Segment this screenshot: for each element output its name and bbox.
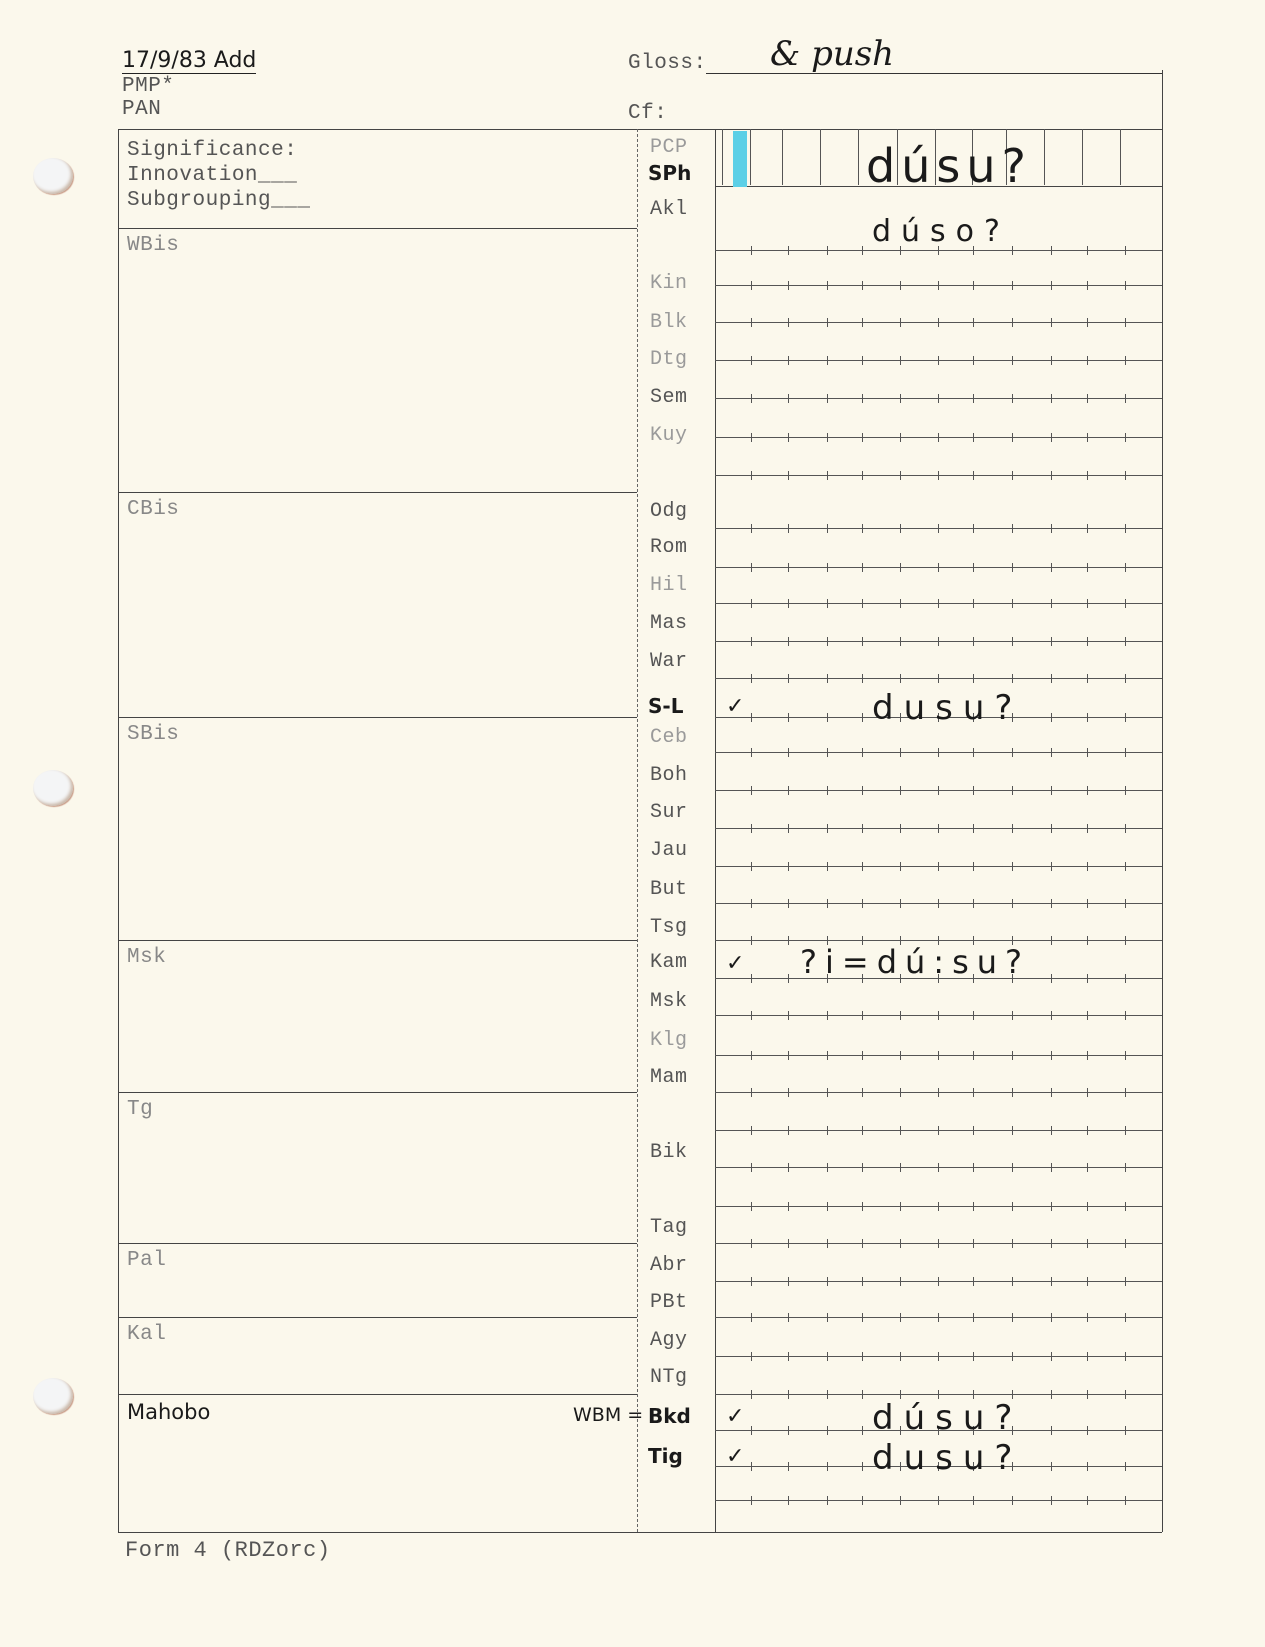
- form-entry-line[interactable]: [715, 641, 1162, 642]
- phoneme-cell[interactable]: [782, 129, 783, 185]
- group-divider: [118, 717, 637, 718]
- language-code-tag: Tag: [650, 1216, 688, 1240]
- group-note: WBM =: [573, 1404, 643, 1426]
- language-code-klg: Klg: [650, 1029, 688, 1053]
- form-entry-line[interactable]: [715, 1394, 1162, 1395]
- form-entry-line[interactable]: [715, 1243, 1162, 1244]
- check-mark: ✓: [726, 951, 744, 976]
- language-code-ceb: Ceb: [650, 726, 688, 750]
- language-code-sem: Sem: [650, 386, 688, 410]
- date-handwritten: 17/9/83 Add: [122, 48, 256, 74]
- language-code-tig: Tig: [648, 1444, 683, 1468]
- form-entry-line[interactable]: [715, 1317, 1162, 1318]
- form-entry-line[interactable]: [715, 360, 1162, 361]
- group-divider: [118, 1092, 637, 1093]
- innovation-field[interactable]: Innovation___: [127, 163, 297, 188]
- language-code-ntg: NTg: [650, 1366, 688, 1390]
- form-entry-line[interactable]: [715, 475, 1162, 476]
- group-name-mahobo: Mahobo: [127, 1400, 210, 1424]
- reflex-form[interactable]: dusu?: [872, 688, 1022, 728]
- language-code-kin: Kin: [650, 272, 688, 296]
- form-entry-line[interactable]: [715, 866, 1162, 867]
- language-code-kuy: Kuy: [650, 424, 688, 448]
- language-code-akl: Akl: [650, 198, 688, 222]
- frame-left-border: [118, 129, 119, 1532]
- check-mark: ✓: [726, 694, 744, 719]
- language-code-pbt: PBt: [650, 1291, 688, 1315]
- language-code-boh: Boh: [650, 764, 688, 788]
- form-entry-line[interactable]: [715, 322, 1162, 323]
- significance-title: Significance:: [127, 138, 297, 163]
- gloss-value[interactable]: & push: [770, 34, 894, 74]
- phoneme-cell[interactable]: [750, 129, 751, 185]
- check-mark: ✓: [726, 1404, 744, 1429]
- language-code-pcp: PCP: [650, 136, 688, 160]
- gloss-label: Gloss:: [628, 52, 707, 75]
- form-entry-line[interactable]: [715, 1206, 1162, 1207]
- form-entry-line[interactable]: [715, 940, 1162, 941]
- language-code-odg: Odg: [650, 500, 688, 524]
- check-mark: ✓: [726, 1444, 744, 1469]
- language-code-blk: Blk: [650, 311, 688, 335]
- phoneme-cell[interactable]: [858, 129, 859, 185]
- form-entry-line[interactable]: [715, 1092, 1162, 1093]
- form-entry-line[interactable]: [715, 285, 1162, 286]
- language-code-bkd: Bkd: [648, 1404, 691, 1428]
- form-entry-line[interactable]: [715, 1055, 1162, 1056]
- form-entry-line[interactable]: [715, 903, 1162, 904]
- language-code-tsg: Tsg: [650, 916, 688, 940]
- language-code-bik: Bik: [650, 1141, 688, 1165]
- form-entry-line[interactable]: [715, 1015, 1162, 1016]
- language-code-sph: SPh: [648, 161, 691, 185]
- significance-divider: [118, 228, 637, 229]
- language-code-jau: Jau: [650, 839, 688, 863]
- language-code-hil: Hil: [650, 574, 688, 598]
- phoneme-cell[interactable]: [1082, 129, 1083, 185]
- group-name-wbis: WBis: [127, 234, 179, 257]
- reflex-form[interactable]: dúsu?: [866, 139, 1032, 193]
- language-code-mam: Mam: [650, 1066, 688, 1090]
- phoneme-cell[interactable]: [722, 129, 723, 185]
- language-code-kam: Kam: [650, 951, 688, 975]
- group-name-msk: Msk: [127, 946, 166, 969]
- reflex-form[interactable]: dusu?: [872, 1438, 1022, 1478]
- form-entry-line[interactable]: [715, 250, 1162, 251]
- group-divider: [118, 492, 637, 493]
- form-footer-label: Form 4 (RDZorc): [125, 1538, 331, 1563]
- language-code-msk: Msk: [650, 990, 688, 1014]
- language-code-sl: S-L: [648, 694, 683, 718]
- group-divider: [118, 1394, 637, 1395]
- group-code-divider: [637, 129, 638, 1532]
- form-entry-line[interactable]: [715, 790, 1162, 791]
- form-entry-line[interactable]: [715, 567, 1162, 568]
- group-name-pal: Pal: [127, 1249, 166, 1272]
- punch-hole: [33, 158, 73, 194]
- group-name-sbis: SBis: [127, 723, 179, 746]
- group-divider: [118, 1243, 637, 1244]
- group-name-kal: Kal: [127, 1323, 166, 1346]
- frame-bottom-border: [118, 1532, 1162, 1533]
- protoform-label-pan: PAN: [122, 99, 161, 121]
- form-entry-line[interactable]: [715, 1130, 1162, 1131]
- cf-label: Cf:: [628, 102, 667, 125]
- language-code-rom: Rom: [650, 536, 688, 560]
- language-code-but: But: [650, 878, 688, 902]
- reflex-form[interactable]: dúsu?: [872, 1398, 1022, 1438]
- group-name-tg: Tg: [127, 1098, 153, 1121]
- group-divider: [118, 1317, 637, 1318]
- subgrouping-field[interactable]: Subgrouping___: [127, 188, 310, 213]
- form-entry-line[interactable]: [715, 1500, 1162, 1501]
- punch-hole: [33, 1378, 73, 1414]
- frame-right-border: [1162, 70, 1163, 1532]
- phoneme-cell[interactable]: [1044, 129, 1045, 185]
- form-entry-line[interactable]: [715, 398, 1162, 399]
- form-entry-line[interactable]: [715, 437, 1162, 438]
- reflex-form[interactable]: ?i=dú:su?: [800, 943, 1030, 981]
- reflex-form[interactable]: dúso?: [872, 214, 1010, 249]
- punch-hole: [33, 770, 73, 806]
- language-code-dtg: Dtg: [650, 348, 688, 372]
- language-code-sur: Sur: [650, 801, 688, 825]
- language-code-mas: Mas: [650, 612, 688, 636]
- phoneme-cell[interactable]: [1120, 129, 1121, 185]
- form-entry-line[interactable]: [715, 603, 1162, 604]
- form-entry-line[interactable]: [715, 752, 1162, 753]
- language-code-agy: Agy: [650, 1329, 688, 1353]
- highlighter-mark: [733, 131, 747, 187]
- group-divider: [118, 940, 637, 941]
- form-entry-line[interactable]: [715, 1167, 1162, 1168]
- language-code-abr: Abr: [650, 1254, 688, 1278]
- form-entry-line[interactable]: [715, 528, 1162, 529]
- group-name-cbis: CBis: [127, 498, 179, 521]
- form-entry-line[interactable]: [715, 1356, 1162, 1357]
- form-entry-line[interactable]: [715, 828, 1162, 829]
- language-code-war: War: [650, 650, 688, 674]
- protoform-label-pmp: PMP*: [122, 76, 174, 98]
- code-form-divider: [715, 129, 716, 1532]
- phoneme-cell[interactable]: [820, 129, 821, 185]
- form-entry-line[interactable]: [715, 1281, 1162, 1282]
- form-entry-line[interactable]: [715, 678, 1162, 679]
